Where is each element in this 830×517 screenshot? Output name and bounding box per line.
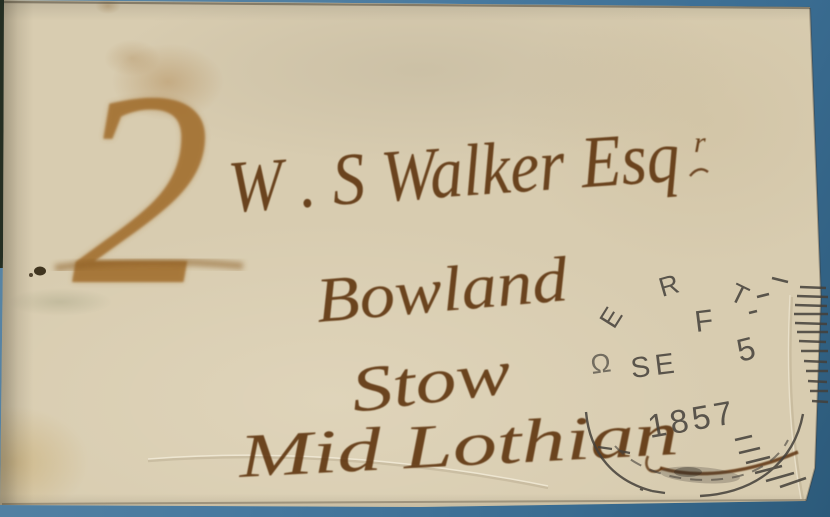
postmark-code-letter: F — [693, 304, 715, 339]
address-line-1-superscript: r — [694, 126, 706, 159]
postmark-smudge-dark — [674, 467, 702, 477]
postmark-arc-letter-R: R — [655, 269, 682, 303]
address-block: W . S Walker Esq r Bowland Stow Mid Loth… — [225, 116, 798, 491]
duplex-hatch-lines — [735, 278, 828, 487]
ink-blot — [34, 267, 46, 276]
postmark-arc-letter-T: T — [725, 277, 753, 311]
envelope-markings: 2 2 W . S Walker Esq r Bowland Stow Mid … — [0, 0, 830, 517]
rate-mark-digit: 2 — [72, 35, 211, 343]
postmark-partial-glyph: Ω — [589, 347, 613, 380]
ink-speck — [29, 273, 33, 277]
photo-background: 2 2 W . S Walker Esq r Bowland Stow Mid … — [0, 0, 830, 517]
address-line-2: Bowland — [313, 243, 571, 336]
address-line-4: Mid Lothian — [236, 400, 680, 491]
esq-flourish-mark — [690, 169, 708, 176]
postmark-arc-letter-E: E — [594, 302, 629, 333]
rate-mark: 2 2 — [29, 35, 243, 343]
postmark-date-day: 5 — [733, 330, 759, 369]
postmark-smudge — [660, 464, 741, 486]
postmark-date-month: SE — [629, 347, 681, 385]
address-line-1: W . S Walker Esq — [225, 116, 682, 229]
